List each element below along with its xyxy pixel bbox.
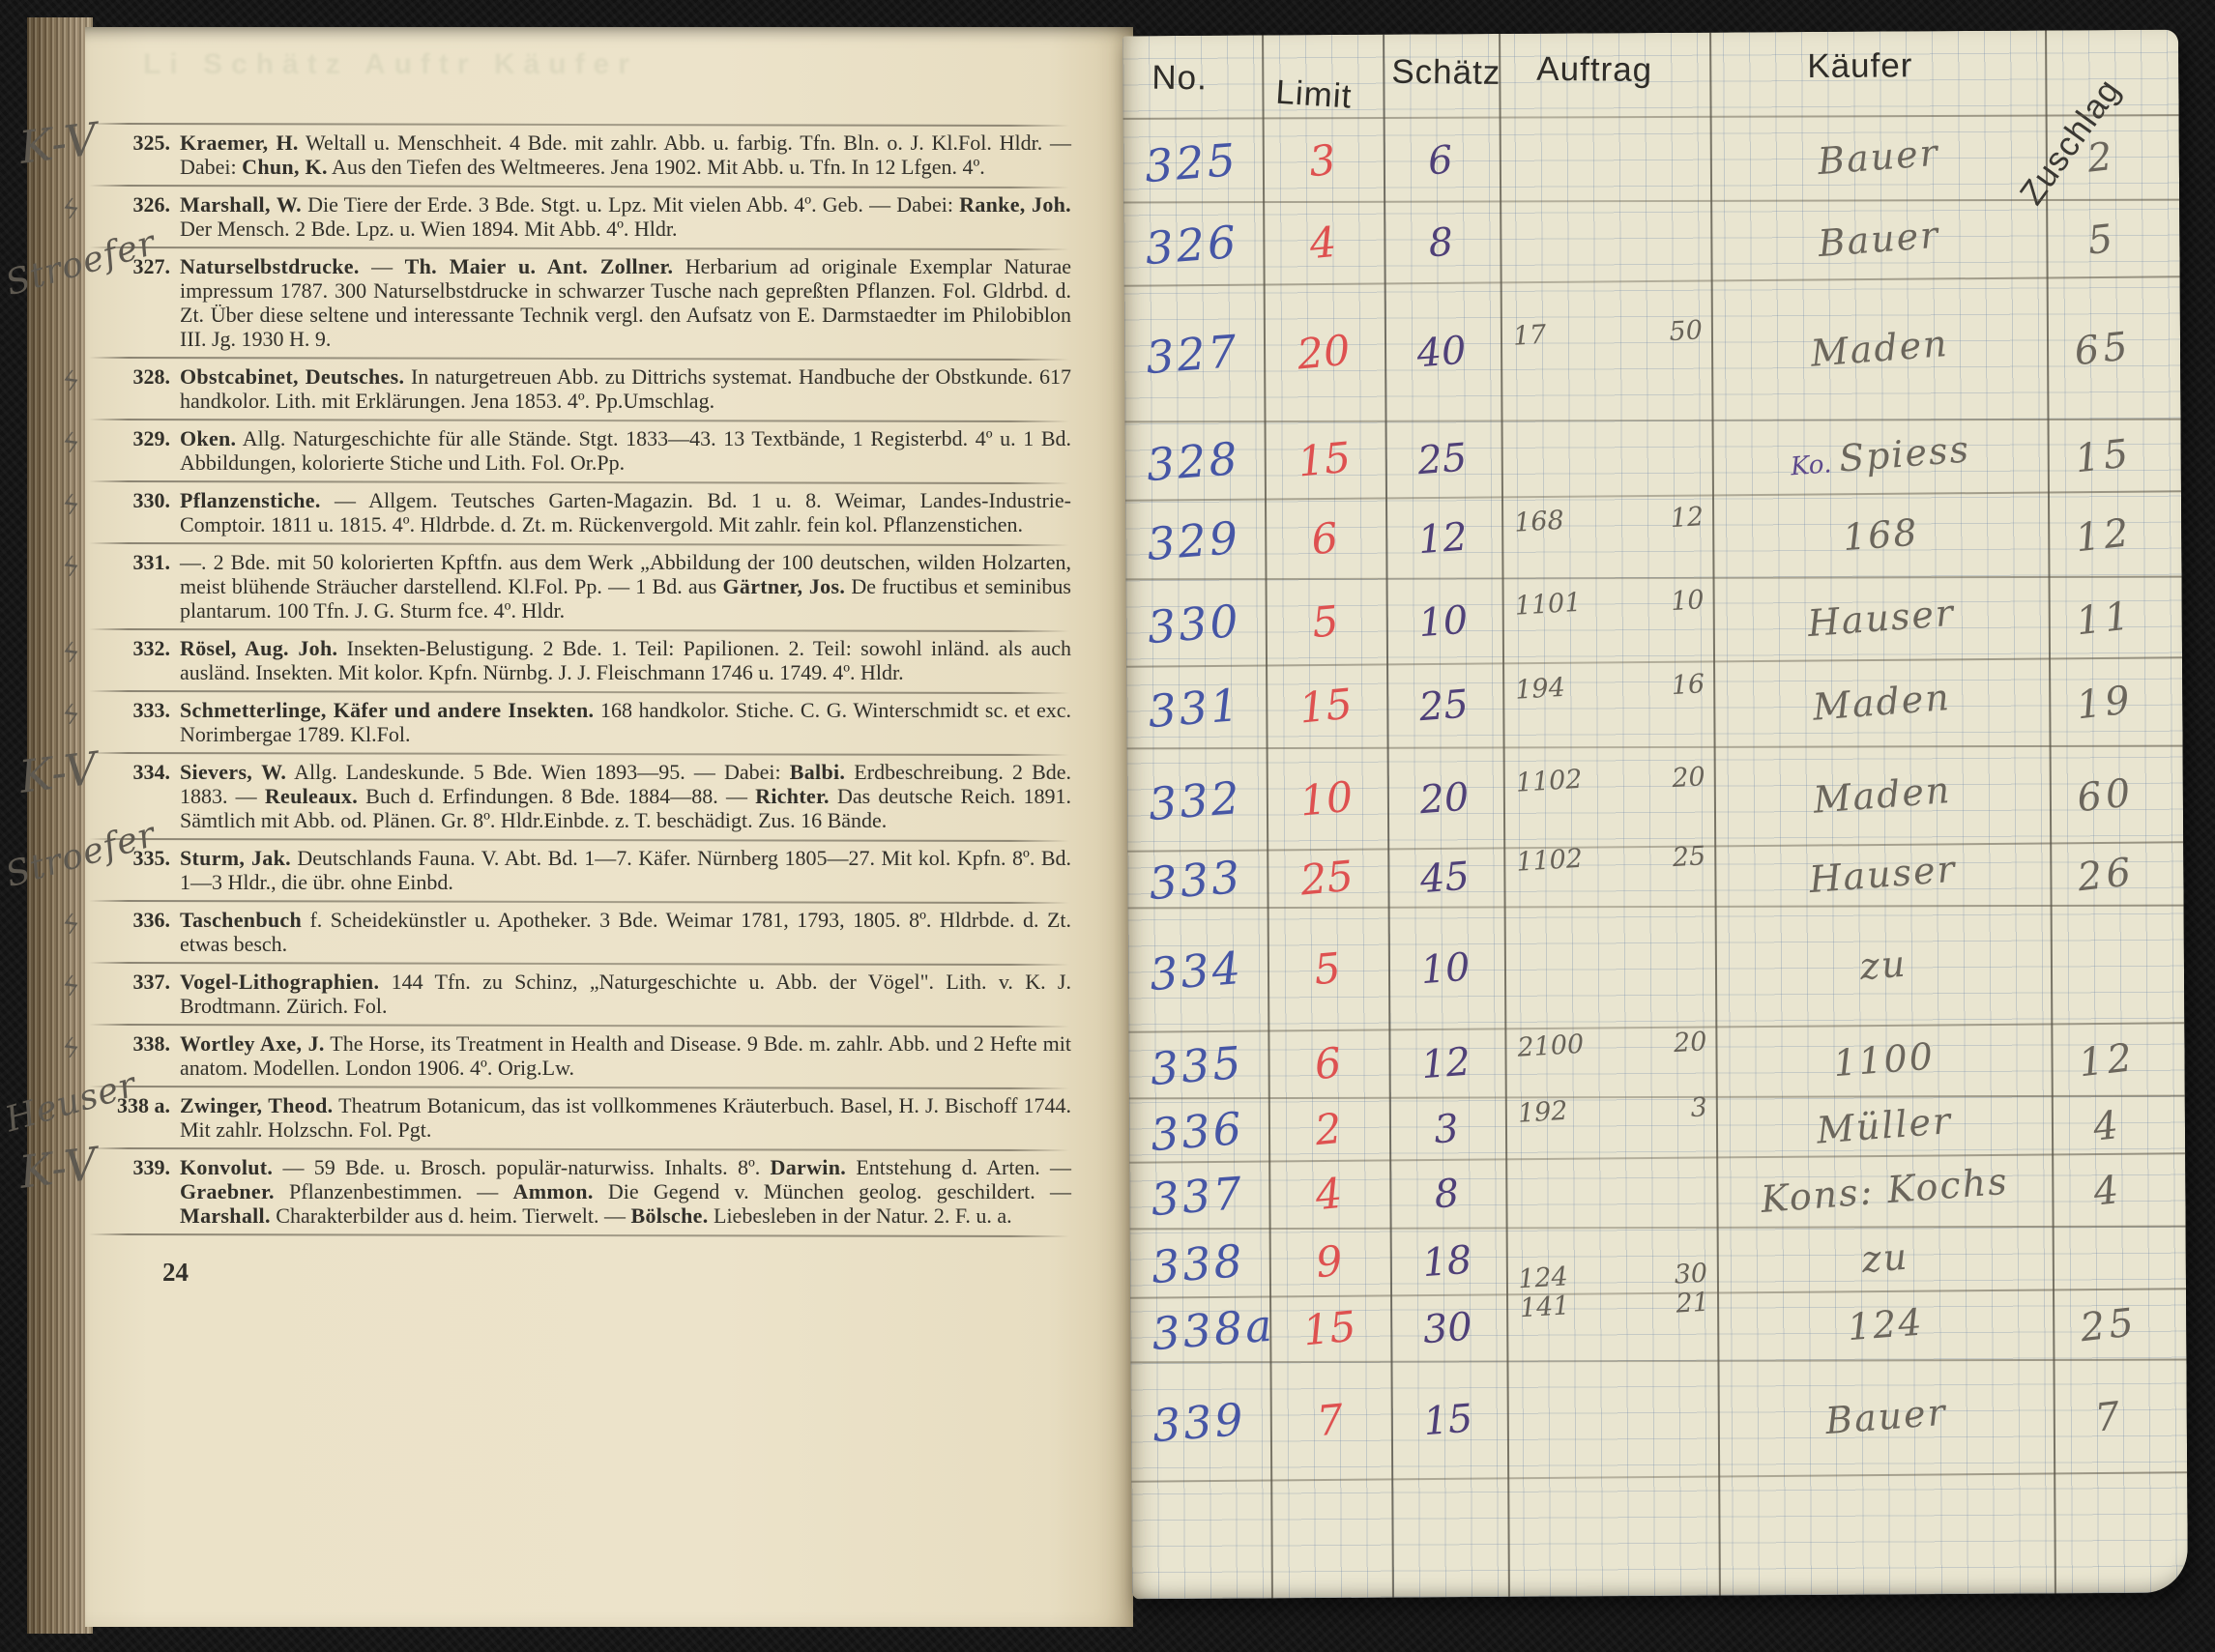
lot-description: Kraemer, H. Weltall u. Menschheit. 4 Bde…: [180, 130, 1071, 179]
cell-zuschlag: 11: [2045, 590, 2165, 647]
cell-auftrag-amount: [1634, 1418, 1709, 1423]
lot-description: Taschenbuch f. Scheidekünstler u. Apothe…: [180, 908, 1071, 956]
lot-number: 332.: [112, 636, 170, 660]
cell-auftrag-number: 168: [1513, 502, 1641, 538]
cell-zuschlag: 4: [2048, 1163, 2168, 1220]
emphasized-name: Taschenbuch: [180, 908, 302, 932]
margin-annotation: ϟ: [60, 973, 81, 1000]
cell-auftrag-number: [1520, 1417, 1646, 1425]
cell-schaetz: 3: [1388, 1103, 1503, 1156]
cell-auftrag-number: 2100: [1517, 1027, 1645, 1063]
cell-schaetz: 10: [1385, 595, 1501, 649]
lot-number: 336.: [112, 908, 170, 932]
kaeufer-name: 168: [1841, 510, 1920, 559]
cell-kaeufer: zu: [1719, 931, 2048, 999]
lot-description: Sievers, W. Allg. Landeskunde. 5 Bde. Wi…: [180, 760, 1071, 832]
cell-schaetz: 6: [1383, 134, 1498, 188]
kaeufer-name: zu: [1860, 1235, 1910, 1282]
catalog-entry: 329. ϟ Oken. Allg. Naturgeschichte für a…: [112, 421, 1071, 481]
cell-auftrag-number: [1512, 239, 1638, 246]
description-text: Allg. Landeskunde. 5 Bde. Wien 1893—95. …: [286, 760, 790, 784]
emphasized-name: Ammon.: [513, 1179, 594, 1203]
lot-number: 337.: [112, 970, 170, 994]
cell-auftrag-amount: 3: [1631, 1093, 1708, 1127]
kaeufer-name: Kons: Kochs: [1760, 1160, 2010, 1221]
cell-zuschlag: 15: [2044, 428, 2164, 485]
ledger-row: 331 15 25 194 16 Maden 19: [1126, 660, 2183, 752]
lot-description: Rösel, Aug. Joh. Insekten-Belustigung. 2…: [180, 636, 1071, 684]
cell-limit: 4: [1263, 214, 1383, 273]
cell-limit: 2: [1268, 1100, 1388, 1159]
cell-auftrag-amount: 20: [1629, 763, 1706, 797]
ledger-row: 328 15 25 Ko. Spiess 15: [1125, 419, 2181, 501]
cell-kaeufer: 124: [1721, 1291, 2050, 1359]
cell-lot-number: 338: [1150, 1232, 1266, 1293]
catalog-entry: 336. ϟ Taschenbuch f. Scheidekünstler u.…: [112, 903, 1071, 963]
cell-limit: 5: [1268, 940, 1387, 999]
cell-zuschlag: 25: [2049, 1297, 2169, 1354]
kaeufer-name: Hauser: [1808, 848, 1958, 901]
emphasized-name: Chun, K.: [242, 155, 328, 179]
margin-annotation: ϟ: [60, 1035, 81, 1061]
emphasized-name: Wortley Axe, J.: [180, 1031, 325, 1056]
cell-lot-number: 328: [1145, 430, 1261, 491]
cell-kaeufer: Bauer: [1722, 1383, 2051, 1451]
cell-kaeufer: Hauser: [1718, 841, 2047, 909]
cell-auftrag-number: [1517, 965, 1643, 972]
cell-kaeufer: Ko. Spiess: [1716, 422, 2045, 490]
kaeufer-name: 1100: [1832, 1034, 1937, 1085]
cell-auftrag-amount: 30 21: [1631, 1260, 1709, 1321]
catalog-entry: 327. Stroefer Naturselbstdrucke. — Th. M…: [112, 249, 1071, 358]
margin-annotation: ϟ: [60, 554, 81, 580]
cell-lot-number: 331: [1146, 677, 1262, 738]
cell-kaeufer: 1100: [1719, 1027, 2048, 1094]
ledger-row: 327 20 40 17 50 Maden 65: [1124, 279, 2181, 425]
emphasized-name: Bölsche.: [630, 1203, 708, 1228]
cell-schaetz: 8: [1384, 217, 1499, 270]
cell-zuschlag: 65: [2043, 321, 2163, 378]
cell-schaetz: 25: [1386, 680, 1501, 733]
catalog-entry: 337. ϟ Vogel-Lithographien. 144 Tfn. zu …: [112, 965, 1071, 1025]
cell-auftrag-amount: 20: [1631, 1028, 1708, 1061]
catalog-entry-list: 325. K-V Kraemer, H. Weltall u. Menschhe…: [112, 124, 1071, 1288]
description-text: Charakterbilder aus d. heim. Tierwelt. —: [271, 1203, 631, 1228]
margin-annotation: ϟ: [60, 492, 81, 518]
cell-limit: 5: [1266, 593, 1385, 652]
kaeufer-name: Hauser: [1806, 591, 1956, 644]
ledger-header-limit: Limit: [1274, 73, 1353, 117]
cell-auftrag-amount: [1632, 1192, 1707, 1197]
cell-zuschlag: 2: [2042, 129, 2162, 186]
cell-auftrag-number: 1102: [1516, 841, 1644, 878]
lot-description: Pflanzenstiche. — Allgem. Teutsches Gart…: [180, 488, 1071, 536]
cell-limit: 9: [1269, 1233, 1389, 1292]
ledger-row: 326 4 8 Bauer 5: [1123, 199, 2179, 286]
description-text: Pflanzenbestimmen. —: [275, 1179, 513, 1203]
kaeufer-name: Müller: [1815, 1099, 1953, 1152]
cell-auftrag-number: 1101: [1514, 585, 1642, 622]
description-text: Deutschlands Fauna. V. Abt. Bd. 1—7. Käf…: [180, 846, 1071, 894]
ledger-row: 329 6 12 168 12 168 12: [1125, 494, 2181, 583]
lot-description: Sturm, Jak. Deutschlands Fauna. V. Abt. …: [180, 846, 1071, 894]
kaeufer-name: Bauer: [1817, 213, 1941, 264]
kaeufer-name: Bauer: [1823, 1391, 1948, 1442]
kaeufer-name: Maden: [1812, 768, 1953, 822]
cell-lot-number: 326: [1144, 214, 1260, 275]
lot-number: 325.: [112, 130, 170, 155]
kaeufer-name: Spiess: [1837, 427, 1971, 479]
lot-number: 326.: [112, 192, 170, 217]
description-text: Die Tiere der Erde. 3 Bde. Stgt. u. Lpz.…: [302, 192, 959, 217]
cell-auftrag-amount: 25: [1629, 842, 1706, 876]
kaeufer-name: Maden: [1811, 676, 1952, 729]
description-text: Allg. Naturgeschichte für alle Stände. S…: [180, 426, 1071, 475]
margin-annotation: K-V: [18, 756, 101, 790]
cell-lot-number: 330: [1146, 593, 1262, 653]
scanned-auction-catalog: Li Schätz Auftr Käufer 325. K-V Kraemer,…: [0, 0, 2215, 1652]
lot-description: Obstcabinet, Deutsches. In naturgetreuen…: [180, 364, 1071, 413]
cell-auftrag-amount: 12: [1627, 503, 1705, 536]
cell-limit: 20: [1264, 324, 1384, 383]
ledger-right-page: No. Limit Schätz Auftrag Käufer Zuschlag…: [1122, 30, 2188, 1600]
cell-zuschlag: 7: [2050, 1389, 2170, 1446]
catalog-entry: 335. Stroefer Sturm, Jak. Deutschlands F…: [112, 841, 1071, 901]
cell-zuschlag: [2051, 1253, 2166, 1265]
lot-number: 338.: [112, 1031, 170, 1056]
catalog-entry: 338. ϟ Wortley Axe, J. The Horse, its Tr…: [112, 1027, 1071, 1087]
kaeufer-prefix: Ko.: [1790, 449, 1841, 482]
description-text: Aus den Tiefen des Weltmeeres. Jena 1902…: [328, 155, 985, 179]
catalog-entry: 333. ϟ Schmetterlinge, Käfer und andere …: [112, 693, 1071, 753]
cell-auftrag-number: 1102: [1515, 762, 1643, 798]
cell-lot-number: 335: [1149, 1034, 1265, 1095]
kaeufer-name: Bauer: [1816, 130, 1940, 182]
cell-schaetz: 8: [1389, 1168, 1504, 1221]
margin-annotation: K-V: [18, 127, 101, 160]
cell-zuschlag: [2049, 959, 2164, 971]
emphasized-name: Vogel-Lithographien.: [180, 970, 379, 994]
emphasized-name: Ranke, Joh.: [959, 192, 1071, 217]
lot-description: Oken. Allg. Naturgeschichte für alle Stä…: [180, 426, 1071, 475]
description-text: Liebesleben in der Natur. 2. F. u. a.: [709, 1203, 1012, 1228]
ledger-row: 334 5 10 zu: [1128, 905, 2185, 1032]
cell-limit: 15: [1266, 678, 1385, 737]
cell-limit: 10: [1267, 769, 1386, 828]
cell-zuschlag: 60: [2046, 767, 2166, 824]
emphasized-name: Rösel, Aug. Joh.: [180, 636, 337, 660]
lot-description: Wortley Axe, J. The Horse, its Treatment…: [180, 1031, 1071, 1080]
emphasized-name: Konvolut.: [180, 1155, 273, 1179]
ledger-row: 333 25 45 1102 25 Hauser 26: [1127, 845, 2183, 912]
cell-kaeufer: Bauer: [1714, 123, 2043, 190]
cell-kaeufer: Maden: [1715, 315, 2044, 383]
cell-auftrag-amount: [1626, 240, 1702, 245]
cell-schaetz: 12: [1388, 1037, 1503, 1090]
cell-limit: 25: [1267, 850, 1386, 909]
lot-number: 334.: [112, 760, 170, 784]
cell-auftrag-number: 124 141: [1517, 1259, 1646, 1323]
cell-auftrag-number: [1514, 456, 1640, 464]
catalog-entry: 325. K-V Kraemer, H. Weltall u. Menschhe…: [112, 126, 1071, 186]
cell-auftrag-number: 17: [1512, 315, 1640, 352]
ledger-row: 330 5 10 1101 10 Hauser 11: [1126, 576, 2183, 667]
cell-schaetz: 30: [1390, 1302, 1505, 1355]
margin-annotation: ϟ: [60, 196, 81, 222]
kaeufer-name: Maden: [1809, 322, 1950, 375]
cell-lot-number: 332: [1147, 769, 1263, 830]
emphasized-name: Schmetterlinge, Käfer und andere Insekte…: [180, 698, 594, 722]
margin-annotation: ϟ: [60, 702, 81, 728]
cell-auftrag-amount: [1631, 966, 1706, 971]
emphasized-name: Naturselbstdrucke.: [180, 254, 360, 278]
emphasized-name: Reuleaux.: [265, 784, 358, 808]
emphasized-name: Graebner.: [180, 1179, 275, 1203]
ledger-header-no: No.: [1151, 59, 1208, 99]
lot-number: 339.: [112, 1155, 170, 1179]
emphasized-name: Kraemer, H.: [180, 130, 299, 155]
lot-number: 331.: [112, 550, 170, 574]
cell-auftrag-amount: [1626, 158, 1702, 162]
catalog-entry: 332. ϟ Rösel, Aug. Joh. Insekten-Belusti…: [112, 631, 1071, 691]
cell-limit: 4: [1268, 1166, 1388, 1225]
lot-number: 328.: [112, 364, 170, 389]
catalog-entry: 328. ϟ Obstcabinet, Deutsches. In naturg…: [112, 360, 1071, 420]
catalog-left-page: Li Schätz Auftr Käufer 325. K-V Kraemer,…: [85, 27, 1133, 1627]
emphasized-name: Darwin.: [771, 1155, 847, 1179]
cell-zuschlag: 5: [2042, 211, 2162, 268]
ledger-header-auftrag: Auftrag: [1536, 50, 1652, 90]
cell-limit: 3: [1263, 131, 1383, 190]
cell-lot-number: 325: [1143, 131, 1259, 192]
cell-lot-number: 333: [1148, 849, 1264, 910]
lot-number: 330.: [112, 488, 170, 512]
ledger-row: 336 2 3 192 3 Müller 4: [1129, 1095, 2185, 1163]
description-text: — 59 Bde. u. Brosch. populär-naturwiss. …: [273, 1155, 770, 1179]
lot-description: Zwinger, Theod. Theatrum Botanicum, das …: [180, 1093, 1071, 1142]
cell-schaetz: 20: [1386, 772, 1501, 826]
catalog-entry: 330. ϟ Pflanzenstiche. — Allgem. Teutsch…: [112, 483, 1071, 543]
ledger-row: 335 6 12 2100 20 1100 12: [1128, 1026, 2184, 1102]
description-text: Die Gegend v. München geolog. geschilder…: [594, 1179, 1071, 1203]
ledger-row: 339 7 15 Bauer 7: [1130, 1359, 2187, 1482]
emphasized-name: Balbi.: [790, 760, 845, 784]
emphasized-name: Oken.: [180, 426, 236, 450]
lot-description: Schmetterlinge, Käfer und andere Insekte…: [180, 698, 1071, 746]
cell-schaetz: 40: [1384, 326, 1499, 379]
emphasized-name: Obstcabinet, Deutsches.: [180, 364, 404, 389]
emphasized-name: Sturm, Jak.: [180, 846, 291, 870]
cell-auftrag-number: [1519, 1191, 1645, 1199]
cell-auftrag-amount: 10: [1628, 586, 1705, 620]
margin-annotation: ϟ: [60, 368, 81, 394]
description-text: f. Scheidekünstler u. Apotheker. 3 Bde. …: [180, 908, 1071, 956]
cell-auftrag-number: [1512, 157, 1638, 164]
cell-auftrag-amount: [1628, 457, 1704, 462]
kaeufer-name: zu: [1858, 942, 1909, 988]
lot-description: Marshall, W. Die Tiere der Erde. 3 Bde. …: [180, 192, 1071, 241]
cell-schaetz: 10: [1387, 942, 1502, 996]
cell-kaeufer: zu: [1721, 1225, 2050, 1292]
cell-auftrag-number: 192: [1517, 1092, 1645, 1129]
emphasized-name: Sievers, W.: [180, 760, 286, 784]
cell-zuschlag: 4: [2048, 1097, 2168, 1154]
ledger-header-schaetz: Schätz: [1391, 53, 1501, 93]
cell-kaeufer: Kons: Kochs: [1720, 1157, 2049, 1225]
ledger-rows: 325 3 6 Bauer 2 326 4 8 Bauer 5 327 20 4…: [1123, 115, 2188, 1482]
margin-annotation: ϟ: [60, 430, 81, 456]
cell-zuschlag: 12: [2047, 1032, 2167, 1089]
catalog-entry: 331. ϟ —. 2 Bde. mit 50 kolorierten Kpft…: [112, 545, 1071, 629]
cell-lot-number: 338a: [1150, 1299, 1266, 1360]
cell-kaeufer: Maden: [1717, 669, 2046, 737]
cell-auftrag-amount: 16: [1628, 670, 1705, 704]
cell-limit: 6: [1265, 509, 1384, 568]
description-text: Der Mensch. 2 Bde. Lpz. u. Wien 1894. Mi…: [180, 217, 678, 241]
cell-lot-number: 334: [1148, 940, 1264, 1000]
cell-lot-number: 337: [1150, 1165, 1266, 1226]
cell-kaeufer: Hauser: [1717, 584, 2046, 652]
cell-lot-number: 329: [1145, 509, 1261, 570]
cell-zuschlag: 26: [2046, 847, 2166, 904]
lot-description: Naturselbstdrucke. — Th. Maier u. Ant. Z…: [180, 254, 1071, 351]
catalog-entry: 326. ϟ Marshall, W. Die Tiere der Erde. …: [112, 188, 1071, 247]
emphasized-name: Gärtner, Jos.: [722, 574, 845, 598]
description-text: —: [360, 254, 405, 278]
cell-kaeufer: Bauer: [1714, 205, 2043, 273]
lot-number: 333.: [112, 698, 170, 722]
cell-auftrag-amount: 50: [1626, 316, 1704, 350]
ledger-row: 337 4 8 Kons: Kochs 4: [1129, 1156, 2185, 1232]
cell-limit: 15: [1265, 431, 1384, 490]
cell-limit: 7: [1270, 1392, 1390, 1451]
cell-schaetz: 45: [1387, 852, 1502, 905]
page-number: 24: [162, 1258, 1071, 1288]
cell-schaetz: 25: [1384, 433, 1500, 486]
margin-annotation: K-V: [18, 1151, 101, 1185]
kaeufer-name: 124: [1846, 1300, 1925, 1348]
cell-auftrag-number: 194: [1514, 669, 1642, 706]
margin-annotation: ϟ: [60, 640, 81, 666]
cell-lot-number: 336: [1149, 1100, 1265, 1161]
cell-lot-number: 327: [1144, 323, 1260, 384]
cell-zuschlag: 19: [2045, 675, 2165, 732]
cell-schaetz: 18: [1389, 1235, 1504, 1289]
cell-lot-number: 339: [1151, 1391, 1267, 1452]
emphasized-name: Richter.: [755, 784, 830, 808]
ledger-row: 325 3 6 Bauer 2: [1123, 115, 2180, 206]
emphasized-name: Th. Maier u. Ant. Zollner.: [405, 254, 674, 278]
catalog-entry: 338 a. Heuser Zwinger, Theod. Theatrum B…: [112, 1088, 1071, 1148]
emphasized-name: Pflanzenstiche.: [180, 488, 321, 512]
cell-schaetz: 12: [1385, 512, 1501, 565]
cell-schaetz: 15: [1390, 1394, 1505, 1447]
lot-description: Vogel-Lithographien. 144 Tfn. zu Schinz,…: [180, 970, 1071, 1018]
emphasized-name: Marshall.: [180, 1203, 271, 1228]
ledger-row: 338a 15 30 124 141 30 21 124 25: [1130, 1291, 2186, 1366]
description-text: Buch d. Erfindungen. 8 Bde. 1884—88. —: [358, 784, 755, 808]
margin-annotation: ϟ: [60, 912, 81, 938]
cell-kaeufer: Müller: [1720, 1091, 2049, 1159]
emphasized-name: Marshall, W.: [180, 192, 302, 217]
emphasized-name: Zwinger, Theod.: [180, 1093, 333, 1117]
cell-limit: 15: [1269, 1300, 1389, 1359]
cell-kaeufer: Maden: [1718, 761, 2047, 828]
ledger-row: 332 10 20 1102 20 Maden 60: [1127, 745, 2184, 852]
lot-description: —. 2 Bde. mit 50 kolorierten Kpftfn. aus…: [180, 550, 1071, 623]
cell-zuschlag: 12: [2044, 507, 2164, 564]
ledger-header-kaeufer: Käufer: [1807, 46, 1912, 86]
cell-limit: 6: [1268, 1035, 1388, 1094]
description-text: Entstehung d. Arten. —: [846, 1155, 1071, 1179]
cell-kaeufer: 168: [1716, 501, 2045, 568]
row-separator-line: [1131, 1471, 2187, 1483]
lot-number: 329.: [112, 426, 170, 450]
catalog-entry: 339. K-V Konvolut. — 59 Bde. u. Brosch. …: [112, 1150, 1071, 1234]
catalog-entry: 334. K-V Sievers, W. Allg. Landeskunde. …: [112, 755, 1071, 839]
lot-description: Konvolut. — 59 Bde. u. Brosch. populär-n…: [180, 1155, 1071, 1228]
bleedthrough-ghost-text: Li Schätz Auftr Käufer: [143, 48, 1013, 81]
